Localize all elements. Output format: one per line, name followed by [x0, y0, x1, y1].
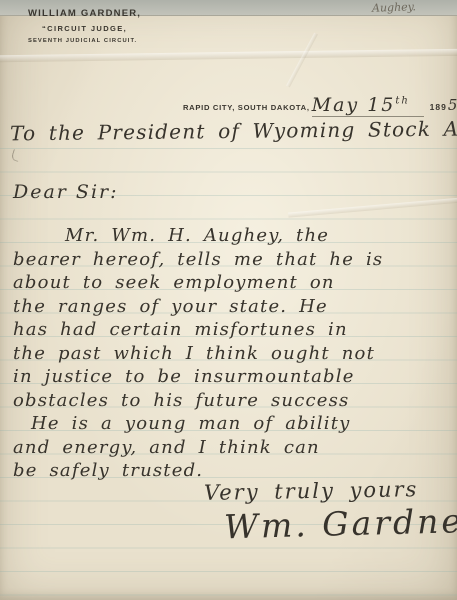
signature: Wm. Gardner [224, 501, 457, 547]
handwritten-date: May 15th [312, 94, 424, 117]
letterhead-title: “CIRCUIT JUDGE, [42, 23, 141, 34]
paper-crease [288, 197, 457, 217]
date-suffix: th [395, 96, 409, 107]
stray-pencil-mark [10, 149, 21, 162]
printed-place: RAPID CITY, SOUTH DAKOTA, [183, 103, 310, 112]
body-line: the past which I think ought not [13, 342, 449, 366]
body-line: in justice to be insurmountable [13, 365, 449, 389]
body-line: has had certain misfortunes in [13, 318, 449, 342]
body-line: about to seek employment on [13, 271, 449, 295]
letter-body: Mr. Wm. H. Aughey, the bearer hereof, te… [13, 224, 449, 483]
letterhead-name: WILLIAM GARDNER, [28, 7, 141, 21]
paper-crease [286, 33, 318, 88]
body-line: obstacles to his future success [13, 389, 449, 413]
body-line: He is a young man of ability [13, 412, 449, 436]
pencil-annotation: Aughey. [372, 0, 416, 15]
letterhead-circuit: SEVENTH JUDICIAL CIRCUIT. [28, 37, 141, 46]
body-line: the ranges of your state. He [13, 295, 449, 319]
letter-scan: Aughey. WILLIAM GARDNER, “CIRCUIT JUDGE,… [0, 0, 457, 600]
closing-line: Very truly yours [204, 477, 419, 505]
printed-year: 189 [430, 102, 447, 112]
addressee-line: To the President of Wyoming Stock Associ… [10, 117, 454, 146]
body-line: and energy, and I think can [13, 436, 449, 460]
handwritten-date-day: May 15 [312, 94, 396, 116]
handwritten-year-digit: 5 [448, 96, 457, 114]
body-line: bearer hereof, tells me that he is [13, 248, 449, 272]
salutation: Dear Sir: [13, 181, 119, 203]
dateline: RAPID CITY, SOUTH DAKOTA, May 15th 189 5 [183, 93, 457, 116]
letterhead: WILLIAM GARDNER, “CIRCUIT JUDGE, SEVENTH… [28, 7, 141, 45]
paper-crease [0, 49, 457, 63]
body-line: Mr. Wm. H. Aughey, the [13, 224, 449, 248]
